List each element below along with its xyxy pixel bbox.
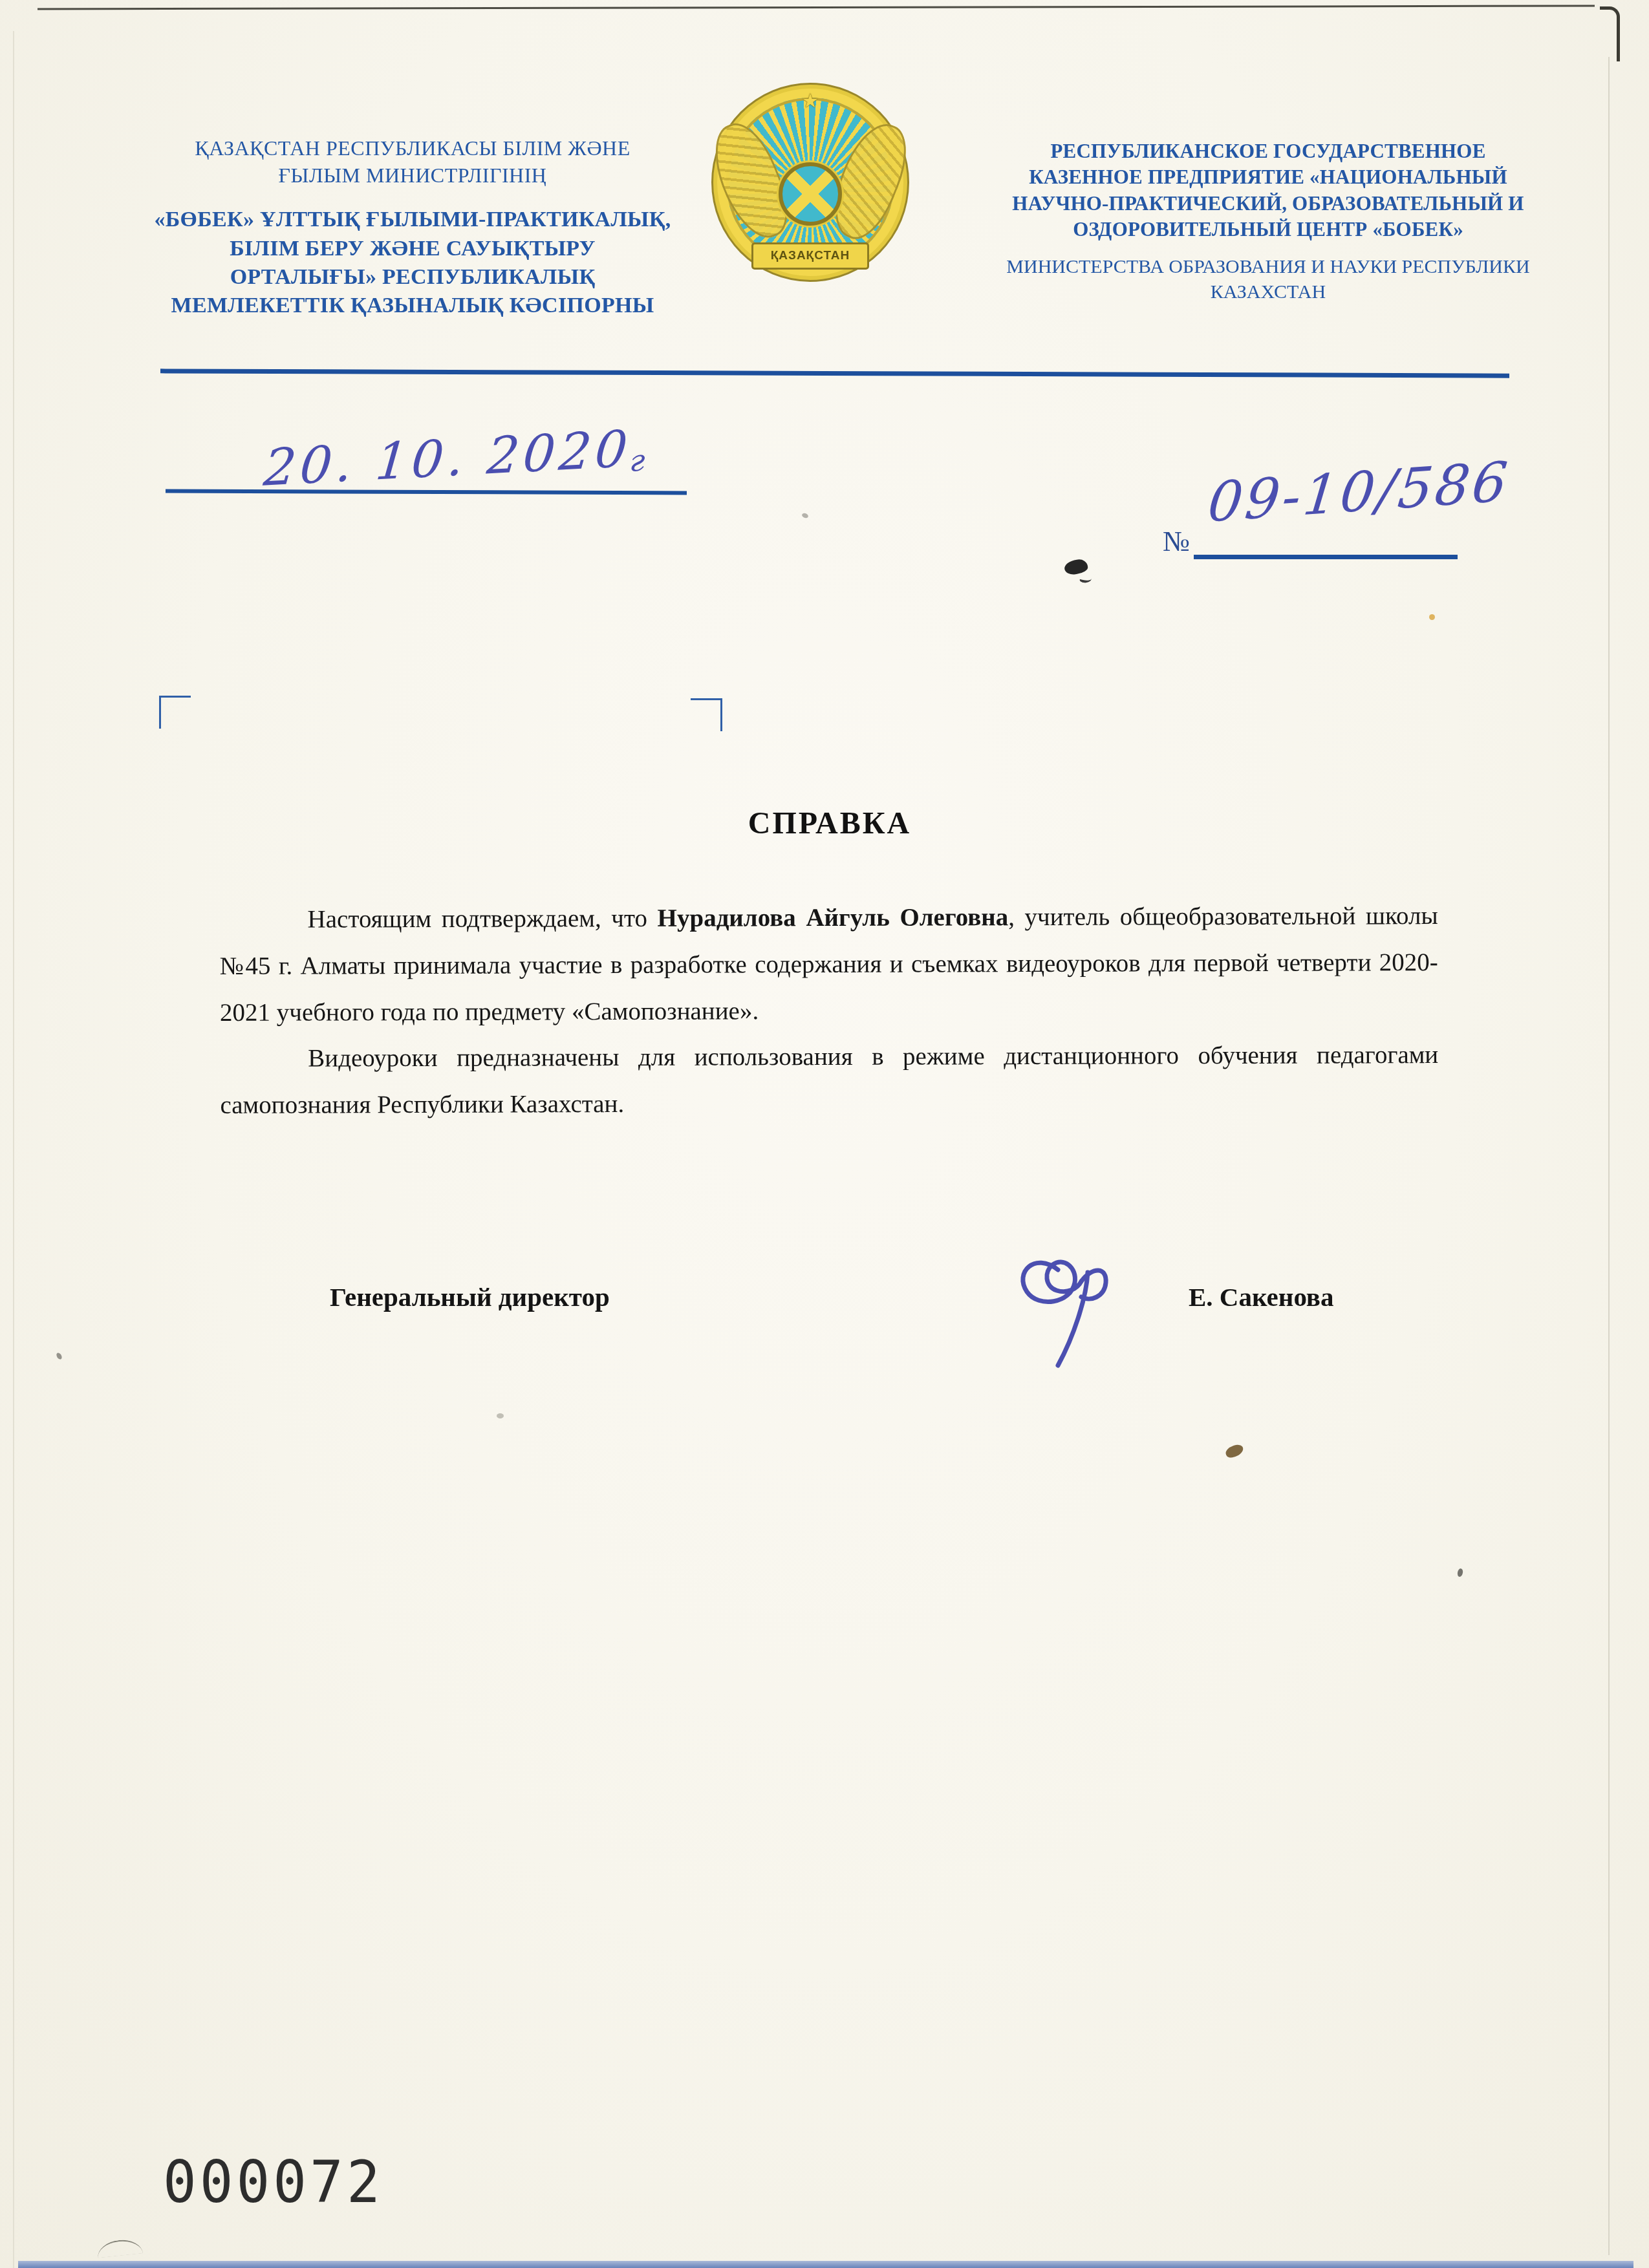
scan-edge-bottom: [18, 2261, 1633, 2268]
emblem-shanyrak-icon: [779, 162, 842, 226]
number-sign-label: №: [1163, 525, 1190, 558]
handwritten-date: 20. 10. 2020г: [261, 419, 649, 497]
address-corner-mark-left: [159, 696, 191, 729]
paper-hair-mark: [96, 2238, 143, 2258]
paper-speck: [1429, 614, 1435, 620]
letterhead-russian-ministry: МИНИСТЕРСТВА ОБРАЗОВАНИЯ И НАУКИ РЕСПУБЛ…: [1006, 254, 1530, 305]
paragraph-confirmation: Настоящим подтверждаем, что Нурадилова А…: [219, 893, 1438, 1036]
director-signature: [996, 1227, 1145, 1369]
number-underline: [1194, 555, 1458, 559]
address-corner-mark-right: [691, 698, 722, 731]
ink-smudge-tail: [1079, 573, 1093, 584]
paragraph-purpose: Видеоуроки предназначены для использован…: [220, 1032, 1438, 1128]
emblem-banner: ҚАЗАҚСТАН: [751, 242, 869, 270]
letterhead-kazakh: ҚАЗАҚСТАН РЕСПУБЛИКАСЫ БІЛІМ ЖӘНЕ ҒЫЛЫМ …: [154, 134, 671, 320]
letterhead-kazakh-enterprise: «БӨБЕК» ҰЛТТЫҚ ҒЫЛЫМИ-ПРАКТИКАЛЫҚ, БІЛІМ…: [154, 206, 671, 320]
document-title: СПРАВКА: [220, 806, 1439, 841]
kazakhstan-state-emblem: ★ ҚАЗАҚСТАН: [711, 83, 909, 282]
scan-edge-left: [13, 31, 14, 2268]
document-body: Настоящим подтверждаем, что Нурадилова А…: [219, 893, 1438, 1129]
scan-edge-right: [1608, 57, 1610, 2255]
signer-name: Е. Сакенова: [1189, 1281, 1334, 1312]
ink-smudge: [1064, 559, 1089, 576]
letterhead-russian: РЕСПУБЛИКАНСКОЕ ГОСУДАРСТВЕННОЕ КАЗЕННОЕ…: [1006, 138, 1530, 305]
paragraph1-lead: Настоящим подтверждаем, что: [307, 904, 657, 934]
letterhead-divider-rule: [160, 369, 1509, 378]
scan-edge-top: [38, 5, 1595, 10]
paper-speck: [1224, 1443, 1245, 1459]
scan-corner-top-right: [1600, 6, 1620, 61]
paper-speck: [801, 513, 809, 519]
letterhead-russian-enterprise: РЕСПУБЛИКАНСКОЕ ГОСУДАРСТВЕННОЕ КАЗЕННОЕ…: [1006, 138, 1530, 242]
emblem-country-label: ҚАЗАҚСТАН: [771, 249, 850, 263]
letterhead-kazakh-ministry: ҚАЗАҚСТАН РЕСПУБЛИКАСЫ БІЛІМ ЖӘНЕ ҒЫЛЫМ …: [154, 134, 671, 189]
paper-speck: [497, 1413, 504, 1418]
emblem-star-icon: ★: [802, 90, 819, 112]
date-underline: [166, 489, 687, 495]
scanned-document-page: ҚАЗАҚСТАН РЕСПУБЛИКАСЫ БІЛІМ ЖӘНЕ ҒЫЛЫМ …: [0, 0, 1649, 2268]
serial-number-stamp: 000072: [163, 2149, 383, 2216]
handwritten-outgoing-number: 09-10/586: [1205, 449, 1513, 535]
signer-position: Генеральный директор: [330, 1281, 610, 1312]
handwritten-date-suffix: г: [629, 442, 647, 478]
paper-speck: [56, 1352, 63, 1360]
paper-speck: [1457, 1568, 1464, 1577]
person-name: Нурадилова Айгуль Олеговна: [658, 903, 1009, 932]
